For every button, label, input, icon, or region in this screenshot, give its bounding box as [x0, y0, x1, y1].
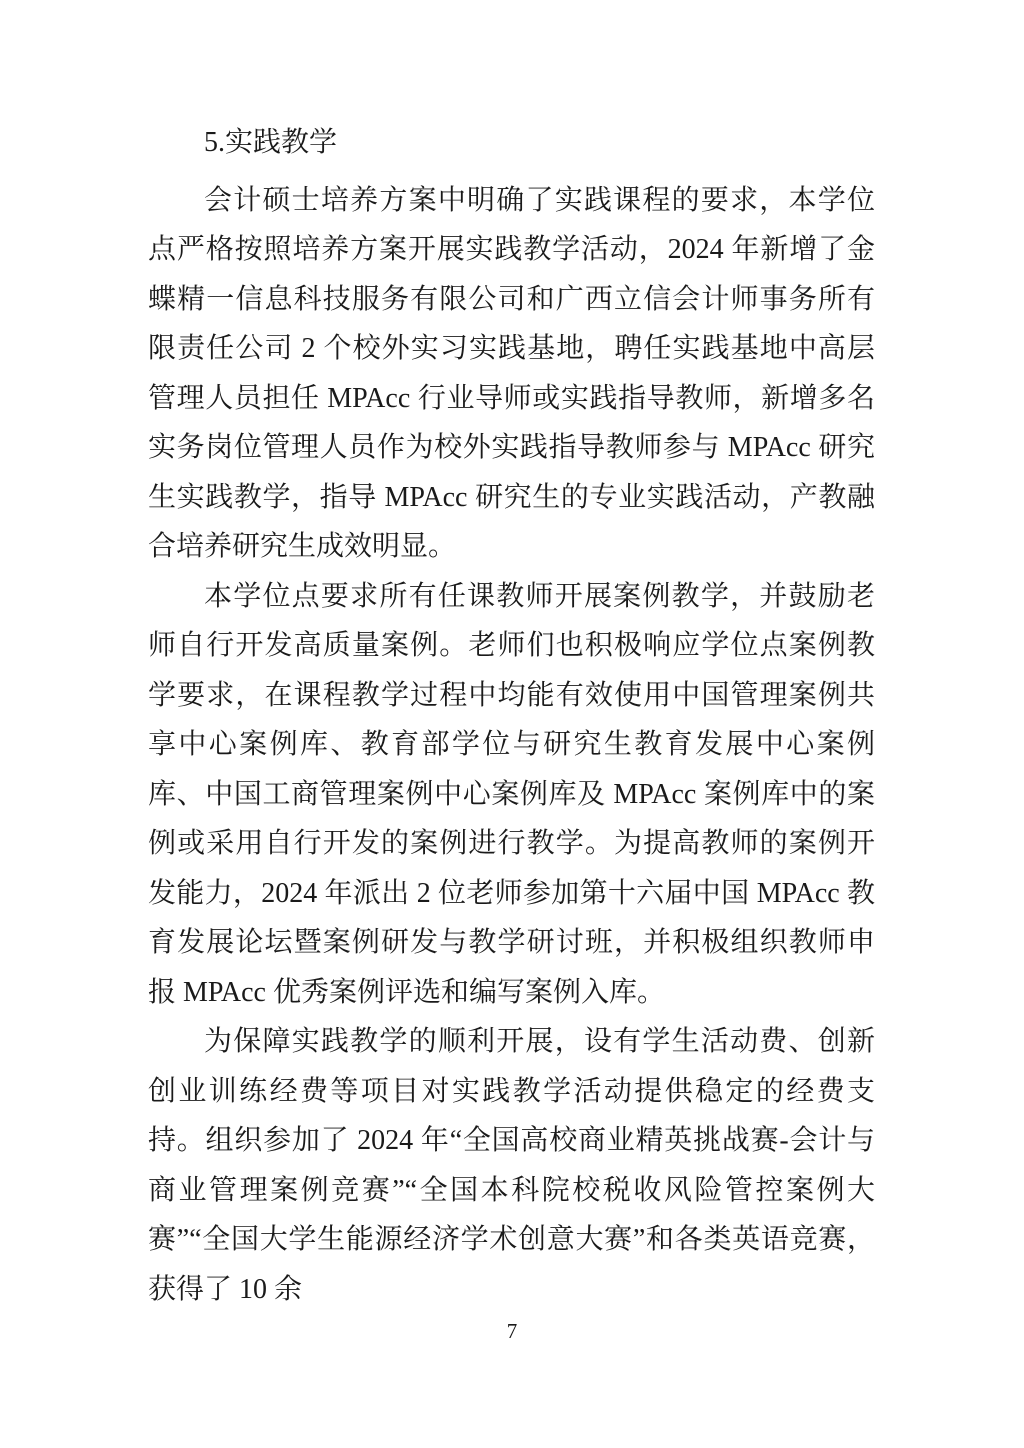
paragraph-practice-teaching-overview: 会计硕士培养方案中明确了实践课程的要求，本学位点严格按照培养方案开展实践教学活动…: [148, 176, 875, 572]
paragraph-case-teaching: 本学位点要求所有任课教师开展案例教学，并鼓励老师自行开发高质量案例。老师们也积极…: [148, 572, 875, 1018]
paragraph-funding-competitions: 为保障实践教学的顺利开展，设有学生活动费、创新创业训练经费等项目对实践教学活动提…: [148, 1017, 875, 1314]
section-heading: 5.实践教学: [148, 118, 875, 168]
page-number: 7: [0, 1316, 1024, 1346]
document-page: 5.实践教学 会计硕士培养方案中明确了实践课程的要求，本学位点严格按照培养方案开…: [0, 0, 1024, 1448]
page-content: 5.实践教学 会计硕士培养方案中明确了实践课程的要求，本学位点严格按照培养方案开…: [148, 118, 875, 1314]
